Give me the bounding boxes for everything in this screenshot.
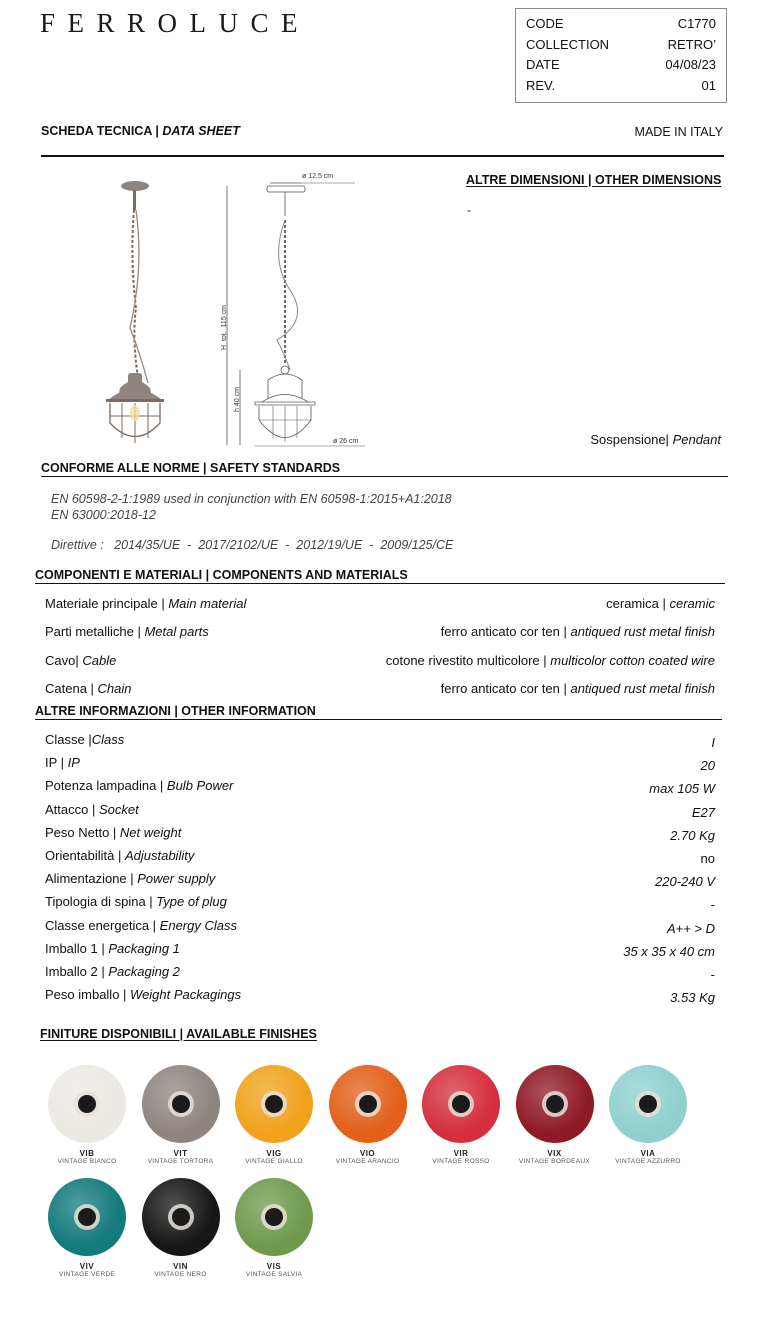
info-row-date: DATE04/08/23 <box>526 55 716 76</box>
finish-code: VIR <box>422 1149 500 1158</box>
info-label-it: Classe energetica | <box>45 918 160 933</box>
info-label: REV. <box>526 76 555 97</box>
info-row: Potenza lampadina | Bulb Powermax 105 W <box>45 778 715 796</box>
info-row: Classe |ClassI <box>45 732 715 750</box>
info-row: Attacco | SocketE27 <box>45 802 715 820</box>
info-label: Classe |Class <box>45 732 124 750</box>
safety-divider <box>41 476 728 477</box>
info-label: IP | IP <box>45 755 80 773</box>
info-label-it: Peso imballo | <box>45 987 130 1002</box>
dimension-total-height: H tot. 115 cm <box>221 305 228 350</box>
finish-name: VINTAGE ARANCIO <box>329 1158 407 1165</box>
info-label-it: Tipologia di spina | <box>45 894 156 909</box>
dimension-bottom-diameter: ø 26 cm <box>333 438 358 445</box>
standards-line-1: EN 60598-2-1:1989 used in conjunction wi… <box>51 491 452 507</box>
info-value: 04/08/23 <box>665 55 716 76</box>
info-value: A++ > D <box>667 918 715 936</box>
info-value: 01 <box>702 76 716 97</box>
finish-color-disc <box>609 1065 687 1143</box>
finish-code: VIA <box>609 1149 687 1158</box>
finish-color-disc <box>48 1178 126 1256</box>
finish-swatch: VINVINTAGE NERO <box>142 1178 220 1278</box>
finish-name: VINTAGE BIANCO <box>48 1158 126 1165</box>
product-info-box: CODEC1770 COLLECTIONRETRO’ DATE04/08/23 … <box>515 8 727 103</box>
finish-code: VIV <box>48 1262 126 1271</box>
info-value: no <box>701 848 715 866</box>
info-value: - <box>711 894 715 912</box>
component-label-it: Cavo| <box>45 653 82 668</box>
finish-name: VINTAGE AZZURRO <box>609 1158 687 1165</box>
component-value: ceramica | ceramic <box>606 596 715 611</box>
component-label-it: Parti metalliche | <box>45 624 144 639</box>
finishes-title: FINITURE DISPONIBILI | AVAILABLE FINISHE… <box>40 1027 317 1041</box>
info-label-it: Attacco | <box>45 802 99 817</box>
info-row: IP | IP20 <box>45 755 715 773</box>
info-value: I <box>711 732 715 750</box>
component-value-it: cotone rivestito multicolore | <box>386 653 551 668</box>
finish-code: VIX <box>516 1149 594 1158</box>
info-value: 20 <box>701 755 715 773</box>
finish-swatch: VIRVINTAGE ROSSO <box>422 1065 500 1165</box>
info-label-it: Imballo 1 | <box>45 941 108 956</box>
finish-color-disc <box>142 1178 220 1256</box>
component-label-it: Materiale principale | <box>45 596 168 611</box>
component-value-it: ferro anticato cor ten | <box>441 624 571 639</box>
finish-swatch: VIAVINTAGE AZZURRO <box>609 1065 687 1165</box>
component-row: Materiale principale | Main materialcera… <box>45 596 715 611</box>
finish-code: VIS <box>235 1262 313 1271</box>
component-label: Cavo| Cable <box>45 653 116 668</box>
directives: Direttive : 2014/35/UE - 2017/2102/UE - … <box>51 537 453 553</box>
info-label: Peso imballo | Weight Packagings <box>45 987 241 1005</box>
product-type: Sospensione| Pendant <box>590 432 721 447</box>
info-label-it: Classe | <box>45 732 92 747</box>
sheet-title-en: DATA SHEET <box>162 124 240 138</box>
dimension-top-diameter: ø 12.5 cm <box>302 173 333 180</box>
info-label-en: IP <box>68 755 80 770</box>
dimension-body-height: h 40 cm <box>234 387 241 412</box>
component-label-it: Catena | <box>45 681 98 696</box>
product-type-it: Sospensione| <box>590 432 672 447</box>
info-label-en: Energy Class <box>160 918 237 933</box>
finish-name: VINTAGE TORTORA <box>142 1158 220 1165</box>
finish-color-disc <box>235 1178 313 1256</box>
info-row-collection: COLLECTIONRETRO’ <box>526 35 716 56</box>
info-label-it: Peso Netto | <box>45 825 120 840</box>
info-label-en: Class <box>92 732 125 747</box>
component-row: Catena | Chainferro anticato cor ten | a… <box>45 681 715 696</box>
info-label-en: Net weight <box>120 825 181 840</box>
component-label-en: Metal parts <box>144 624 208 639</box>
component-value-it: ferro anticato cor ten | <box>441 681 571 696</box>
component-label: Parti metalliche | Metal parts <box>45 624 209 639</box>
finish-color-disc <box>422 1065 500 1143</box>
product-photo <box>100 178 180 453</box>
info-label-en: Packaging 1 <box>108 941 180 956</box>
finish-code: VIO <box>329 1149 407 1158</box>
info-label: Potenza lampadina | Bulb Power <box>45 778 233 796</box>
info-value: - <box>711 964 715 982</box>
component-label: Catena | Chain <box>45 681 132 696</box>
finish-code: VIG <box>235 1149 313 1158</box>
info-label-it: Alimentazione | <box>45 871 137 886</box>
info-label-en: Adjustability <box>125 848 194 863</box>
finish-color-disc <box>329 1065 407 1143</box>
sheet-title-it: SCHEDA TECNICA | <box>41 124 162 138</box>
info-label: Orientabilità | Adjustability <box>45 848 194 866</box>
finish-swatch: VIBVINTAGE BIANCO <box>48 1065 126 1165</box>
component-label: Materiale principale | Main material <box>45 596 246 611</box>
finish-color-disc <box>142 1065 220 1143</box>
info-label: Tipologia di spina | Type of plug <box>45 894 227 912</box>
made-in-label: MADE IN ITALY <box>635 125 723 139</box>
info-row: Peso imballo | Weight Packagings3.53 Kg <box>45 987 715 1005</box>
component-value: ferro anticato cor ten | antiqued rust m… <box>441 624 715 639</box>
finish-code: VIB <box>48 1149 126 1158</box>
info-label-en: Type of plug <box>156 894 227 909</box>
product-type-en: Pendant <box>673 432 721 447</box>
info-label-it: IP | <box>45 755 68 770</box>
safety-standards-title: CONFORME ALLE NORME | SAFETY STANDARDS <box>41 461 340 475</box>
finish-swatch: VIXVINTAGE BORDEAUX <box>516 1065 594 1165</box>
info-label: Classe energetica | Energy Class <box>45 918 237 936</box>
brand-logo: FERROLUCE <box>40 8 310 39</box>
info-value: 220-240 V <box>655 871 715 889</box>
info-label: Imballo 1 | Packaging 1 <box>45 941 180 959</box>
finish-swatch: VIGVINTAGE GIALLO <box>235 1065 313 1165</box>
info-value: C1770 <box>678 14 716 35</box>
info-label-en: Packaging 2 <box>108 964 180 979</box>
component-label-en: Main material <box>168 596 246 611</box>
info-value: 35 x 35 x 40 cm <box>623 941 715 959</box>
info-row-code: CODEC1770 <box>526 14 716 35</box>
info-value: 3.53 Kg <box>670 987 715 1005</box>
info-row: Imballo 2 | Packaging 2- <box>45 964 715 982</box>
finish-swatch: VISVINTAGE SALVIA <box>235 1178 313 1278</box>
other-dimensions-value: - <box>467 203 471 217</box>
component-value-en: antiqued rust metal finish <box>570 624 715 639</box>
info-value: 2.70 Kg <box>670 825 715 843</box>
component-value: cotone rivestito multicolore | multicolo… <box>386 653 715 668</box>
info-label-en: Socket <box>99 802 139 817</box>
info-value: E27 <box>692 802 715 820</box>
other-dimensions-title: ALTRE DIMENSIONI | OTHER DIMENSIONS <box>466 173 721 187</box>
component-value-en: ceramic <box>669 596 715 611</box>
component-label-en: Cable <box>82 653 116 668</box>
finish-name: VINTAGE BORDEAUX <box>516 1158 594 1165</box>
info-value: RETRO’ <box>668 35 716 56</box>
component-value: ferro anticato cor ten | antiqued rust m… <box>441 681 715 696</box>
info-row: Imballo 1 | Packaging 135 x 35 x 40 cm <box>45 941 715 959</box>
info-label: Alimentazione | Power supply <box>45 871 215 889</box>
finish-swatch: VIOVINTAGE ARANCIO <box>329 1065 407 1165</box>
info-row: Tipologia di spina | Type of plug- <box>45 894 715 912</box>
standards-line-2: EN 63000:2018-12 <box>51 507 156 523</box>
info-label-en: Power supply <box>137 871 215 886</box>
finish-name: VINTAGE ROSSO <box>422 1158 500 1165</box>
finish-color-disc <box>235 1065 313 1143</box>
component-row: Parti metalliche | Metal partsferro anti… <box>45 624 715 639</box>
info-label-en: Weight Packagings <box>130 987 241 1002</box>
info-label: DATE <box>526 55 560 76</box>
info-label: Attacco | Socket <box>45 802 139 820</box>
info-label: Peso Netto | Net weight <box>45 825 181 843</box>
component-value-en: multicolor cotton coated wire <box>550 653 715 668</box>
component-row: Cavo| Cablecotone rivestito multicolore … <box>45 653 715 668</box>
sheet-title: SCHEDA TECNICA | DATA SHEET <box>41 124 240 138</box>
info-label-en: Bulb Power <box>167 778 233 793</box>
finish-swatch: VITVINTAGE TORTORA <box>142 1065 220 1165</box>
components-divider <box>35 583 725 584</box>
info-label: Imballo 2 | Packaging 2 <box>45 964 180 982</box>
info-row: Alimentazione | Power supply220-240 V <box>45 871 715 889</box>
info-label: COLLECTION <box>526 35 609 56</box>
component-value-en: antiqued rust metal finish <box>570 681 715 696</box>
other-info-title: ALTRE INFORMAZIONI | OTHER INFORMATION <box>35 704 316 718</box>
info-row-rev: REV.01 <box>526 76 716 97</box>
other-info-divider <box>35 719 722 720</box>
component-label-en: Chain <box>98 681 132 696</box>
finish-name: VINTAGE SALVIA <box>235 1271 313 1278</box>
header-divider <box>41 155 724 157</box>
finish-name: VINTAGE VERDE <box>48 1271 126 1278</box>
info-row: Orientabilità | Adjustabilityno <box>45 848 715 866</box>
info-value: max 105 W <box>649 778 715 796</box>
info-label-it: Imballo 2 | <box>45 964 108 979</box>
finish-name: VINTAGE GIALLO <box>235 1158 313 1165</box>
info-label: CODE <box>526 14 564 35</box>
finish-code: VIT <box>142 1149 220 1158</box>
finish-color-disc <box>48 1065 126 1143</box>
info-row: Classe energetica | Energy ClassA++ > D <box>45 918 715 936</box>
info-label-it: Orientabilità | <box>45 848 125 863</box>
info-label-it: Potenza lampadina | <box>45 778 167 793</box>
finish-swatch: VIVVINTAGE VERDE <box>48 1178 126 1278</box>
info-row: Peso Netto | Net weight2.70 Kg <box>45 825 715 843</box>
finish-color-disc <box>516 1065 594 1143</box>
finish-name: VINTAGE NERO <box>142 1271 220 1278</box>
components-title: COMPONENTI E MATERIALI | COMPONENTS AND … <box>35 568 408 582</box>
component-value-it: ceramica | <box>606 596 669 611</box>
finish-code: VIN <box>142 1262 220 1271</box>
